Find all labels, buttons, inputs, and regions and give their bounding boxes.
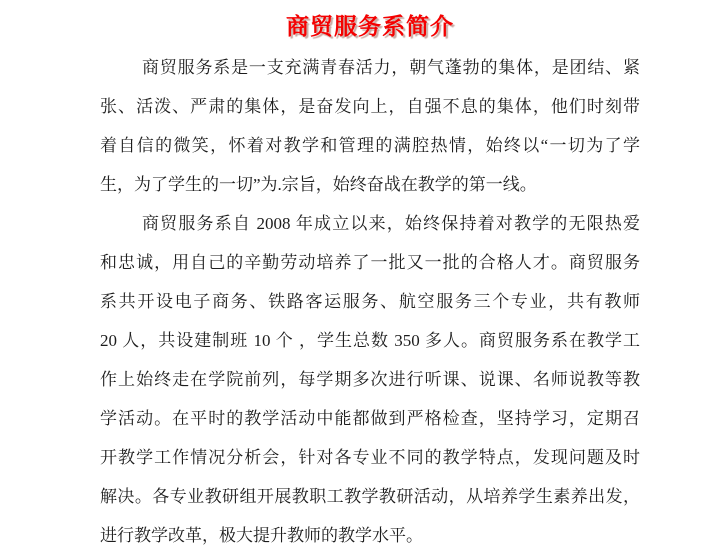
document-body: 商贸服务系是一支充满青春活力，朝气蓬勃的集体，是团结、紧张、活泼、严肃的集体，是… xyxy=(100,48,640,555)
paragraph-2-line-5: 作上始终走在学院前列，每学期多次进行听课、说课、名师说教等教 xyxy=(100,360,640,399)
paragraph-2-line-9: 进行教学改革，极大提升教师的教学水平。 xyxy=(100,516,640,555)
paragraph-2-line-3: 系共开设电子商务、铁路客运服务、航空服务三个专业，共有教师 xyxy=(100,282,640,321)
paragraph-1-line-2: 张、活泼、严肃的集体，是奋发向上，自强不息的集体，他们时刻带 xyxy=(100,87,640,126)
paragraph-2-line-1: 商贸服务系自 2008 年成立以来，始终保持着对教学的无限热爱 xyxy=(100,204,640,243)
paragraph-2-line-4: 20 人，共设建制班 10 个 ，学生总数 350 多人。商贸服务系在教学工 xyxy=(100,321,640,360)
paragraph-2-line-2: 和忠诚，用自己的辛勤劳动培养了一批又一批的合格人才。商贸服务 xyxy=(100,243,640,282)
paragraph-1-line-3: 着自信的微笑，怀着对教学和管理的满腔热情，始终以“一切为了学 xyxy=(100,126,640,165)
paragraph-1-line-4: 生，为了学生的一切”为.宗旨，始终奋战在教学的第一线。 xyxy=(100,165,640,204)
paragraph-2-line-7: 开教学工作情况分析会，针对各专业不同的教学特点，发现问题及时 xyxy=(100,438,640,477)
document-page: 商贸服务系简介 商贸服务系是一支充满青春活力，朝气蓬勃的集体，是团结、紧张、活泼… xyxy=(0,0,720,559)
paragraph-1-line-1: 商贸服务系是一支充满青春活力，朝气蓬勃的集体，是团结、紧 xyxy=(100,48,640,87)
paragraph-2-line-8: 解决。各专业教研组开展教职工教学教研活动，从培养学生素养出发， xyxy=(100,477,640,516)
document-title: 商贸服务系简介 xyxy=(100,11,640,43)
paragraph-2-line-6: 学活动。在平时的教学活动中能都做到严格检查，坚持学习，定期召 xyxy=(100,399,640,438)
